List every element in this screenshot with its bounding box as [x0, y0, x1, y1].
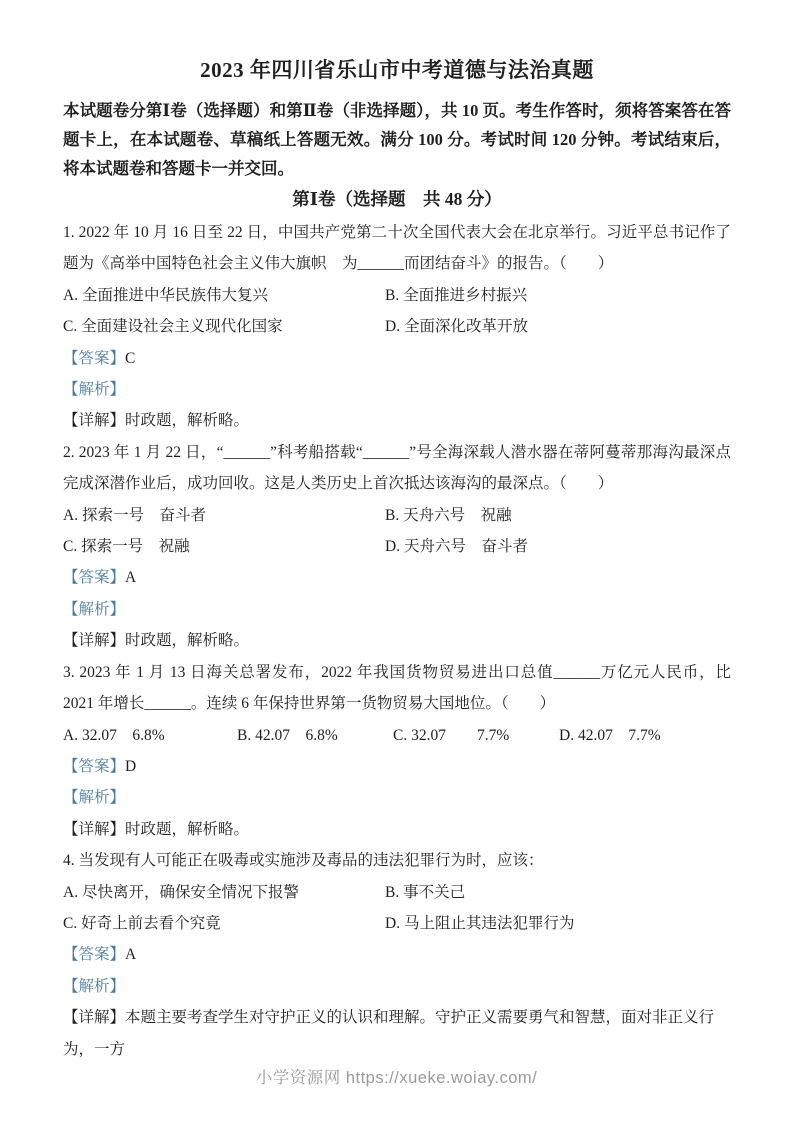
option-d: D. 全面深化改革开放	[385, 311, 731, 342]
question-4: 4. 当发现有人可能正在吸毒或实施涉及毒品的违法犯罪行为时，应该： A. 尽快离…	[63, 845, 731, 1065]
option-d: D. 42.07 7.7%	[559, 720, 731, 751]
answer-value: A	[125, 946, 136, 963]
detail-text: 本题主要考查学生对守护正义的认识和理解。守护正义需要勇气和智慧，面对非正义行为，…	[63, 1009, 714, 1057]
question-options: A. 尽快离开，确保安全情况下报警 B. 事不关己 C. 好奇上前去看个究竟 D…	[63, 877, 731, 940]
analysis-line: 【解析】	[63, 971, 731, 1002]
detail-label: 【详解】	[63, 412, 125, 429]
option-a: A. 探索一号 奋斗者	[63, 500, 385, 531]
questions-list: 1. 2022 年 10 月 16 日至 22 日，中国共产党第二十次全国代表大…	[63, 217, 731, 1065]
analysis-label: 【解析】	[63, 381, 125, 398]
detail-text: 时政题，解析略。	[125, 412, 249, 429]
answer-value: D	[125, 758, 136, 775]
option-c: C. 全面建设社会主义现代化国家	[63, 311, 385, 342]
watermark-footer: 小学资源网 https://xueke.woiay.com/	[0, 1064, 793, 1088]
analysis-line: 【解析】	[63, 374, 731, 405]
answer-label: 【答案】	[63, 758, 125, 775]
detail-label: 【详解】	[63, 632, 125, 649]
question-stem: 2. 2023 年 1 月 22 日，“______”科考船搭载“______”…	[63, 437, 731, 500]
answer-line: 【答案】C	[63, 343, 731, 374]
detail-line: 【详解】本题主要考查学生对守护正义的认识和理解。守护正义需要勇气和智慧，面对非正…	[63, 1002, 731, 1065]
option-c: C. 探索一号 祝融	[63, 531, 385, 562]
option-b: B. 天舟六号 祝融	[385, 500, 731, 531]
analysis-line: 【解析】	[63, 782, 731, 813]
detail-line: 【详解】时政题，解析略。	[63, 405, 731, 436]
option-a: A. 32.07 6.8%	[63, 720, 237, 751]
detail-text: 时政题，解析略。	[125, 821, 249, 838]
analysis-label: 【解析】	[63, 789, 125, 806]
answer-line: 【答案】A	[63, 562, 731, 593]
detail-line: 【详解】时政题，解析略。	[63, 814, 731, 845]
option-a: A. 尽快离开，确保安全情况下报警	[63, 877, 385, 908]
answer-line: 【答案】A	[63, 939, 731, 970]
option-c: C. 好奇上前去看个究竟	[63, 908, 385, 939]
section-heading: 第Ⅰ卷（选择题 共 48 分）	[63, 184, 731, 214]
option-b: B. 事不关己	[385, 877, 731, 908]
exam-document-page: 2023 年四川省乐山市中考道德与法治真题 本试题卷分第Ⅰ卷（选择题）和第Ⅱ卷（…	[0, 0, 793, 1122]
question-options: A. 探索一号 奋斗者 B. 天舟六号 祝融 C. 探索一号 祝融 D. 天舟六…	[63, 500, 731, 563]
analysis-line: 【解析】	[63, 594, 731, 625]
answer-value: C	[125, 350, 135, 367]
question-2: 2. 2023 年 1 月 22 日，“______”科考船搭载“______”…	[63, 437, 731, 657]
answer-value: A	[125, 569, 136, 586]
question-stem: 3. 2023 年 1 月 13 日海关总署发布，2022 年我国货物贸易进出口…	[63, 657, 731, 720]
analysis-label: 【解析】	[63, 978, 125, 995]
detail-label: 【详解】	[63, 821, 125, 838]
option-a: A. 全面推进中华民族伟大复兴	[63, 280, 385, 311]
exam-instructions: 本试题卷分第Ⅰ卷（选择题）和第Ⅱ卷（非选择题），共 10 页。考生作答时，须将答…	[63, 96, 731, 183]
option-b: B. 全面推进乡村振兴	[385, 280, 731, 311]
question-options: A. 全面推进中华民族伟大复兴 B. 全面推进乡村振兴 C. 全面建设社会主义现…	[63, 280, 731, 343]
question-stem: 1. 2022 年 10 月 16 日至 22 日，中国共产党第二十次全国代表大…	[63, 217, 731, 280]
question-3: 3. 2023 年 1 月 13 日海关总署发布，2022 年我国货物贸易进出口…	[63, 657, 731, 845]
answer-label: 【答案】	[63, 569, 125, 586]
option-d: D. 马上阻止其违法犯罪行为	[385, 908, 731, 939]
detail-text: 时政题，解析略。	[125, 632, 249, 649]
question-options: A. 32.07 6.8% B. 42.07 6.8% C. 32.07 7.7…	[63, 720, 731, 751]
page-content: 2023 年四川省乐山市中考道德与法治真题 本试题卷分第Ⅰ卷（选择题）和第Ⅱ卷（…	[0, 0, 793, 1065]
answer-label: 【答案】	[63, 350, 125, 367]
detail-line: 【详解】时政题，解析略。	[63, 625, 731, 656]
option-d: D. 天舟六号 奋斗者	[385, 531, 731, 562]
option-c: C. 32.07 7.7%	[393, 720, 559, 751]
option-b: B. 42.07 6.8%	[237, 720, 393, 751]
question-1: 1. 2022 年 10 月 16 日至 22 日，中国共产党第二十次全国代表大…	[63, 217, 731, 437]
answer-line: 【答案】D	[63, 751, 731, 782]
analysis-label: 【解析】	[63, 601, 125, 618]
question-stem: 4. 当发现有人可能正在吸毒或实施涉及毒品的违法犯罪行为时，应该：	[63, 845, 731, 876]
detail-label: 【详解】	[63, 1009, 125, 1026]
answer-label: 【答案】	[63, 946, 125, 963]
page-title: 2023 年四川省乐山市中考道德与法治真题	[63, 54, 731, 86]
